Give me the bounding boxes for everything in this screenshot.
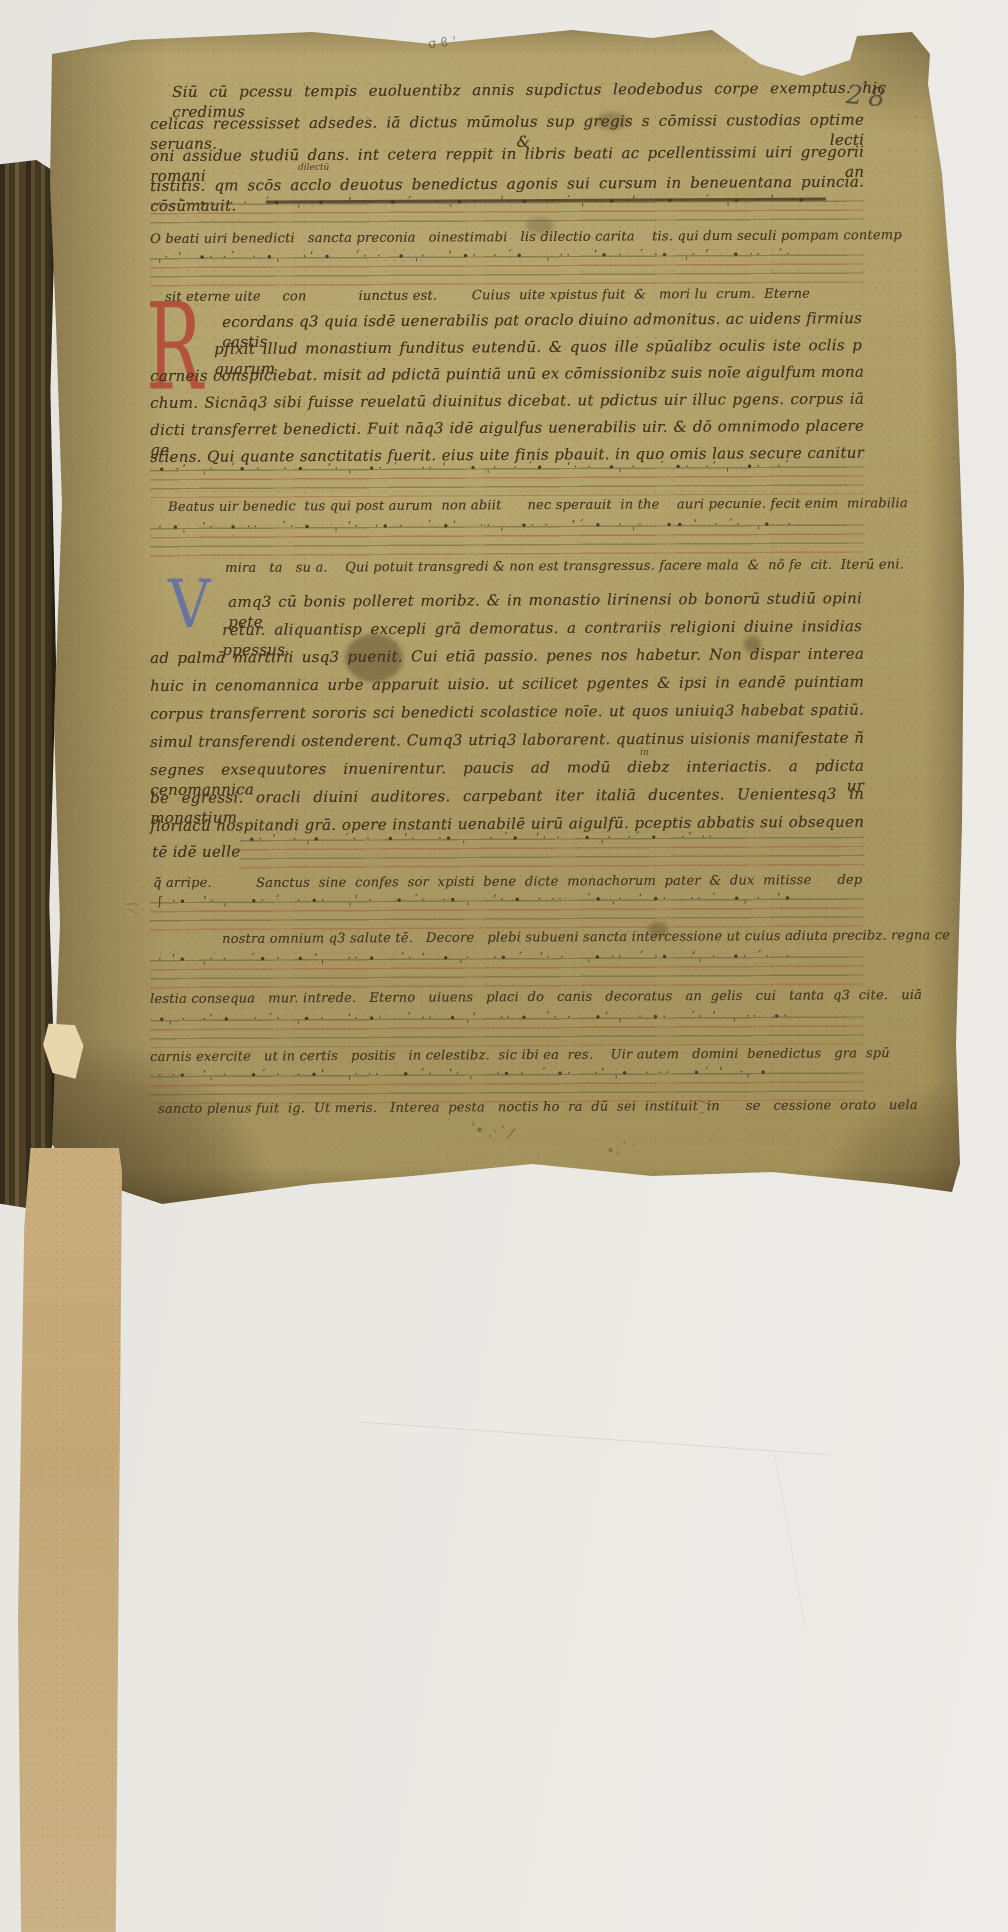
neume-notation: · ∙ˌ ʼ· ∙ ·· ´· ∙ ˌ ʼ· ·∙ · ´ ∙ʼ ·· ˌ ∙·… (158, 517, 794, 534)
repair-strip (18, 1148, 122, 1932)
neume-notation: ˌ· ʼ ∙· ·´ · ∙ˌ ·ʼ ∙ ´· · ∙ ˌ· ʼ ∙· · ´∙… (158, 247, 793, 264)
neume-notation: ∙· ʼ · ˌ∙ ´· · ∙ ʼ· ·∙ ˌ · ´∙ ʼ· · ∙ ˌ· … (248, 830, 715, 846)
chant-text-line: Sanctus sine confes sor xpisti bene dict… (256, 873, 862, 892)
music-staff: · ∙ˌ ʼ· ∙ ·· ´· ∙ ˌ ʼ· ·∙ · ´ ∙ʼ ·· ˌ ∙·… (150, 516, 864, 558)
text-line: tē idē uelle (152, 841, 240, 862)
neume-notation: · ʼ∙ ˌ· · ´∙ · ∙ ʼˌ ·· ∙ ´· ʼ ∙ ˌ· ·∙ ´ … (158, 949, 793, 966)
backdrop-crease (774, 1452, 806, 1629)
photograph-backdrop: 28 σ ϐ ʼ Siū cū pcessu tempis euoluentib… (0, 0, 1008, 1932)
music-staff: ∙· ʼ · ˌ∙ ´· · ∙ ʼ· ·∙ ˌ · ´∙ ʼ· · ∙ ˌ· … (240, 829, 864, 872)
music-staff: · ʼ∙ ˌ· · ´∙ · ∙ ʼˌ ·· ∙ ´· ʼ ∙ ˌ· ·∙ ´ … (150, 948, 864, 990)
music-staff: ʃ ·∙ ʼ· ˌ ∙· ´ · ∙· ˌʼ · ∙ ´· ·∙ ˌ ʼ· ∙ … (150, 890, 864, 932)
neume-notation: · ·∙ ʼˌ · ∙´ · · ∙ʼ ˌ· ·· ∙ ´· ʼ· ˌ ·∙ ·… (158, 1065, 770, 1082)
backdrop-crease (361, 1422, 830, 1456)
neume-notation: ∙ˌ · ·ʼ ∙ · ´· ˌ∙ · ʼ· ∙· ´ ·· ∙ ˌʼ ·· ∙… (158, 1009, 790, 1026)
music-staff: ˌ· ʼ ∙· ·´ · ∙ˌ ·ʼ ∙ ´· · ∙ ˌ· ʼ ∙· · ´∙… (150, 246, 864, 288)
margin-marks: ʃ ⁄ (123, 902, 139, 914)
music-staff: ∙ˌ · ·ʼ ∙ · ´· ˌ∙ · ʼ· ∙· ´ ·· ∙ ˌʼ ·· ∙… (150, 1008, 864, 1048)
interlinear-gloss: in (640, 748, 649, 758)
music-staff: ∙ ·ʼ ˌ· ´∙ · · ∙ ʼ· ˌ ∙· ´ ·· ʼ ∙ ˌ· · ´… (150, 458, 864, 498)
neume-notation: ∙ ·ʼ ˌ· ´∙ · · ∙ ʼ· ˌ ∙· ´ ·· ʼ ∙ ˌ· · ´… (158, 459, 793, 476)
interlinear-gloss: dilectū (298, 163, 329, 173)
chant-text-line: q̃ arripe. (153, 876, 212, 892)
pen-trials: σ ϐ ʼ (427, 35, 457, 52)
chant-text-line: sit eterne uite con iunctus est. Cuius u… (165, 287, 810, 306)
blue-initial: V (168, 580, 210, 633)
neume-notation: ʃ ·∙ ʼ· ˌ ∙· ´ · ∙· ˌʼ · ∙ ´· ·∙ ˌ ʼ· ∙ … (158, 891, 794, 908)
neume-notation: · ʼ· ∙· · · ´∙ ˌ ·∙ ʼ ·· ∙ ´ · ˌ∙ · ʼ· ∙… (158, 193, 808, 210)
music-staff: · ʼ· ∙· · · ´∙ ˌ ·∙ ʼ ·· ∙ ´ · ˌ∙ · ʼ· ∙… (150, 192, 864, 230)
